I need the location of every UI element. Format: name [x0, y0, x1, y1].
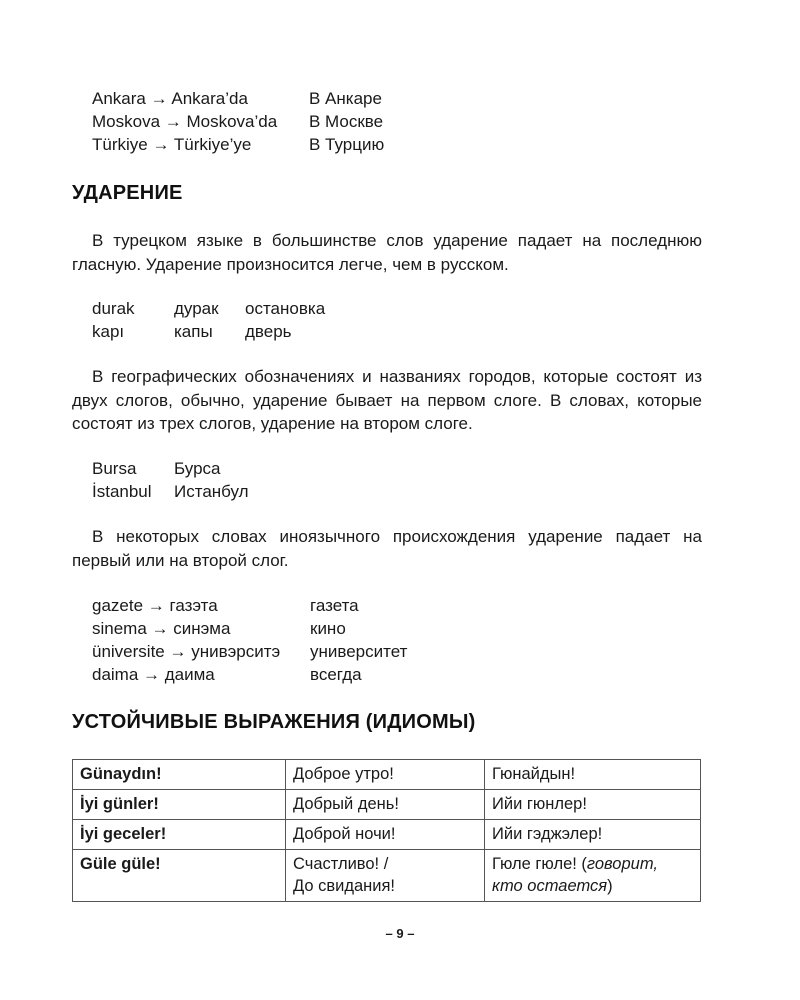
locative-example-row: Ankara → Ankara’da В Анкаре: [92, 87, 492, 110]
table-row: İyi geceler! Доброй ночи! Ийи гэджэлер!: [73, 820, 701, 850]
turkish-word: Bursa: [92, 457, 136, 480]
turkish-word: durak: [92, 297, 135, 320]
stress-example-row: kapı капы дверь: [92, 320, 392, 343]
idiom-turkish: Günaydın!: [73, 760, 286, 790]
idiom-russian: Добрый день!: [286, 790, 485, 820]
city-example-row: Bursa Бурса: [92, 457, 342, 480]
idiom-turkish: İyi geceler!: [73, 820, 286, 850]
russian-form: В Анкаре: [309, 87, 382, 110]
foreign-word-example-row: sinema → синэма кино: [92, 617, 492, 640]
section-heading-stress: УДАРЕНИЕ: [72, 182, 183, 205]
idiom-russian: Доброе утро!: [286, 760, 485, 790]
turkish-form: Türkiye → Türkiye’ye: [92, 133, 251, 156]
paragraph-geographic-stress: В географических обозначениях и названия…: [72, 365, 702, 436]
transcription: капы: [174, 320, 213, 343]
turkish-word: üniversite → унивэрситэ: [92, 640, 280, 663]
foreign-word-example-row: üniversite → унивэрситэ университет: [92, 640, 492, 663]
translation: газета: [310, 594, 359, 617]
idiom-transcription: Гюле гюле! (говорит, кто остается): [485, 850, 701, 902]
paragraph-text: В географических обозначениях и названия…: [72, 367, 702, 433]
turkish-word: İstanbul: [92, 480, 152, 503]
idiom-russian-line1: Счастливо! /: [293, 855, 388, 873]
russian-form: В Москве: [309, 110, 383, 133]
foreign-word-example-row: gazete → газэта газета: [92, 594, 492, 617]
translation: кино: [310, 617, 346, 640]
idiom-russian: Доброй ночи!: [286, 820, 485, 850]
turkish-word: gazete → газэта: [92, 594, 218, 617]
idiom-transcription: Ийи гюнлер!: [485, 790, 701, 820]
table-row: Güle güle! Счастливо! / До свидания! Гюл…: [73, 850, 701, 902]
table-row: Günaydın! Доброе утро! Гюнайдын!: [73, 760, 701, 790]
transcription: Бурса: [174, 457, 221, 480]
turkish-word: kapı: [92, 320, 124, 343]
transcription-text: Гюле гюле! (: [492, 855, 587, 873]
turkish-form: Moskova → Moskova’da: [92, 110, 277, 133]
stress-example-row: durak дурак остановка: [92, 297, 392, 320]
locative-example-row: Moskova → Moskova’da В Москве: [92, 110, 492, 133]
turkish-word: sinema → синэма: [92, 617, 230, 640]
idioms-table: Günaydın! Доброе утро! Гюнайдын! İyi gün…: [72, 759, 701, 902]
translation: всегда: [310, 663, 362, 686]
translation: остановка: [245, 297, 325, 320]
idiom-russian: Счастливо! / До свидания!: [286, 850, 485, 902]
russian-form: В Турцию: [309, 133, 384, 156]
foreign-word-example-row: daima → даима всегда: [92, 663, 492, 686]
paragraph-foreign-words: В некоторых словах иноязычного происхожд…: [72, 525, 702, 572]
locative-example-row: Türkiye → Türkiye’ye В Турцию: [92, 133, 492, 156]
city-example-row: İstanbul Истанбул: [92, 480, 342, 503]
translation: дверь: [245, 320, 292, 343]
idiom-turkish: Güle güle!: [73, 850, 286, 902]
section-heading-idioms: УСТОЙЧИВЫЕ ВЫРАЖЕНИЯ (ИДИОМЫ): [72, 711, 476, 734]
transcription: Истанбул: [174, 480, 249, 503]
idiom-turkish: İyi günler!: [73, 790, 286, 820]
transcription: дурак: [174, 297, 219, 320]
page-number: – 9 –: [0, 926, 800, 941]
closing-paren: ): [607, 877, 613, 895]
turkish-word: daima → даима: [92, 663, 215, 686]
turkish-form: Ankara → Ankara’da: [92, 87, 248, 110]
paragraph-stress-intro: В турецком языке в большинстве слов удар…: [72, 229, 702, 276]
paragraph-text: В некоторых словах иноязычного происхожд…: [72, 527, 702, 570]
table-row: İyi günler! Добрый день! Ийи гюнлер!: [73, 790, 701, 820]
paragraph-text: В турецком языке в большинстве слов удар…: [72, 231, 702, 274]
translation: университет: [310, 640, 407, 663]
idiom-transcription: Ийи гэджэлер!: [485, 820, 701, 850]
idiom-russian-line2: До свидания!: [293, 877, 395, 895]
idiom-transcription: Гюнайдын!: [485, 760, 701, 790]
